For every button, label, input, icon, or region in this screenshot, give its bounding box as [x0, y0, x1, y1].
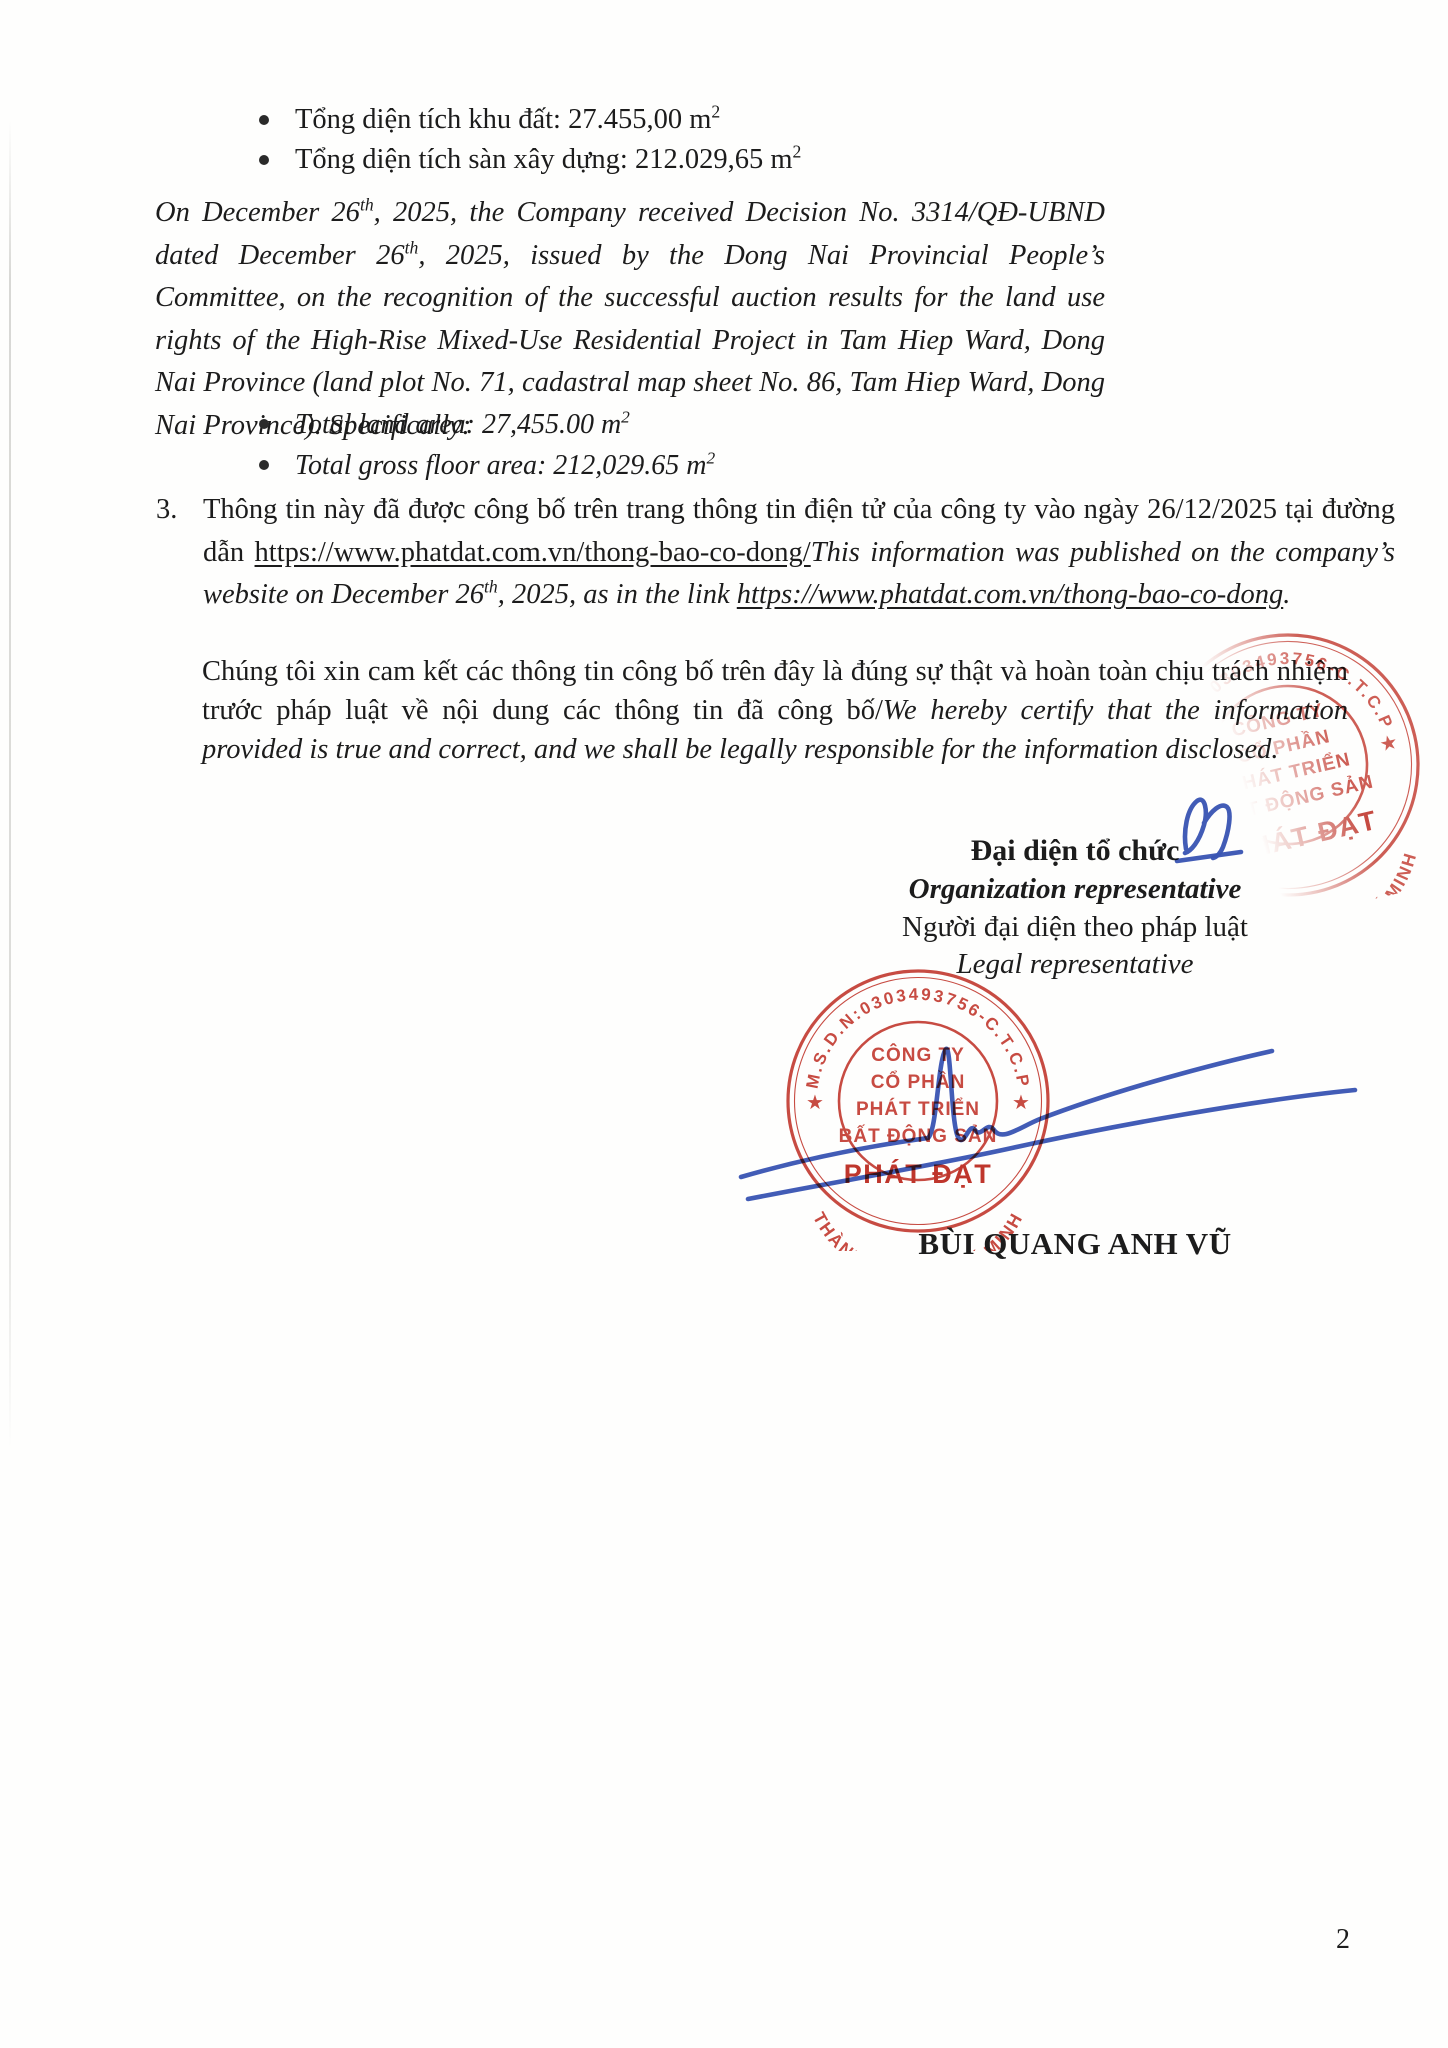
scan-edge-artifact — [9, 120, 11, 1450]
signer-name: BÙI QUANG ANH VŨ — [860, 1226, 1290, 1262]
list-item: Total gross floor area: 212,029.65 m2 — [155, 445, 1105, 486]
item3-paragraph: 3. Thông tin này đã được công bố trên tr… — [156, 489, 1395, 617]
list-item: Total land area: 27,455.00 m2 — [155, 404, 1105, 445]
document-page: Tổng diện tích khu đất: 27.455,00 m2 Tổn… — [0, 0, 1448, 2048]
area-bullets-vn: Tổng diện tích khu đất: 27.455,00 m2 Tổn… — [155, 100, 1105, 180]
list-item: Tổng diện tích sàn xây dựng: 212.029,65 … — [155, 140, 1105, 180]
signature-ink — [560, 780, 1410, 1300]
url-text: https://www.phatdat.com.vn/thong-bao-co-… — [255, 537, 811, 568]
area-bullets-en: Total land area: 27,455.00 m2 Total gros… — [155, 404, 1105, 486]
list-item: Tổng diện tích khu đất: 27.455,00 m2 — [155, 100, 1105, 140]
item-number: 3. — [156, 489, 177, 532]
page-number: 2 — [1336, 1924, 1350, 1956]
url-text: https://www.phatdat.com.vn/thong-bao-co-… — [737, 579, 1283, 610]
star-right-icon: ★ — [1377, 729, 1400, 756]
